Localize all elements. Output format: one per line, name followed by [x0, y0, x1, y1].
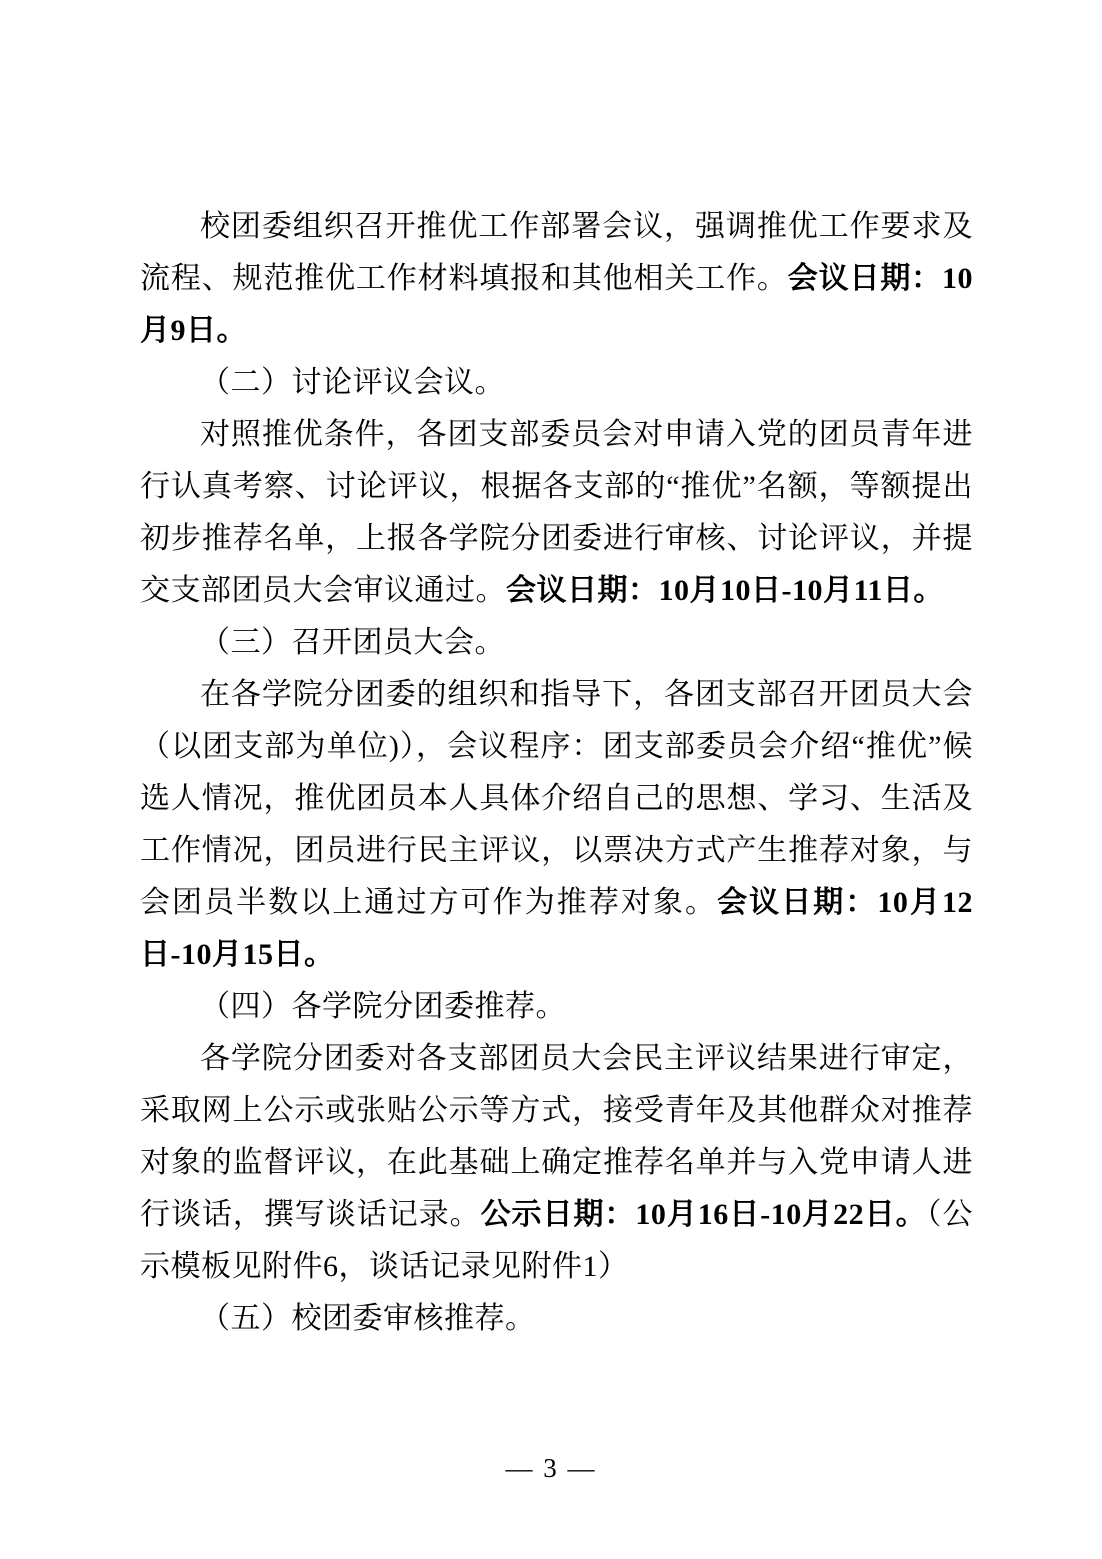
section-heading: （三）召开团员大会。	[140, 617, 973, 669]
page-number: — 3 —	[0, 1448, 1102, 1488]
body-paragraph: 对照推优条件，各团支部委员会对申请入党的团员青年进行认真考察、讨论评议，根据各支…	[140, 409, 973, 617]
text-segment: （二）讨论评议会议。	[200, 366, 505, 399]
section-heading: （四）各学院分团委推荐。	[140, 981, 973, 1033]
text-segment: （三）召开团员大会。	[200, 626, 505, 659]
section-heading: （五）校团委审核推荐。	[140, 1293, 973, 1345]
text-segment: （四）各学院分团委推荐。	[200, 990, 566, 1023]
text-segment: 在各学院分团委的组织和指导下，各团支部召开团员大会（以团支部为单位)），会议程序…	[140, 678, 973, 919]
body-paragraph: 校团委组织召开推优工作部署会议，强调推优工作要求及流程、规范推优工作材料填报和其…	[140, 201, 973, 357]
text-segment: （五）校团委审核推荐。	[200, 1302, 536, 1335]
bold-date-segment: 会议日期：10月10日-10月11日。	[506, 574, 944, 607]
body-paragraph: 在各学院分团委的组织和指导下，各团支部召开团员大会（以团支部为单位)），会议程序…	[140, 669, 973, 981]
bold-date-segment: 公示日期：10月16日-10月22日。	[481, 1198, 927, 1231]
body-paragraph: 各学院分团委对各支部团员大会民主评议结果进行审定，采取网上公示或张贴公示等方式，…	[140, 1033, 973, 1293]
document-page: 校团委组织召开推优工作部署会议，强调推优工作要求及流程、规范推优工作材料填报和其…	[0, 0, 1102, 1559]
document-body: 校团委组织召开推优工作部署会议，强调推优工作要求及流程、规范推优工作材料填报和其…	[140, 201, 973, 1345]
section-heading: （二）讨论评议会议。	[140, 357, 973, 409]
